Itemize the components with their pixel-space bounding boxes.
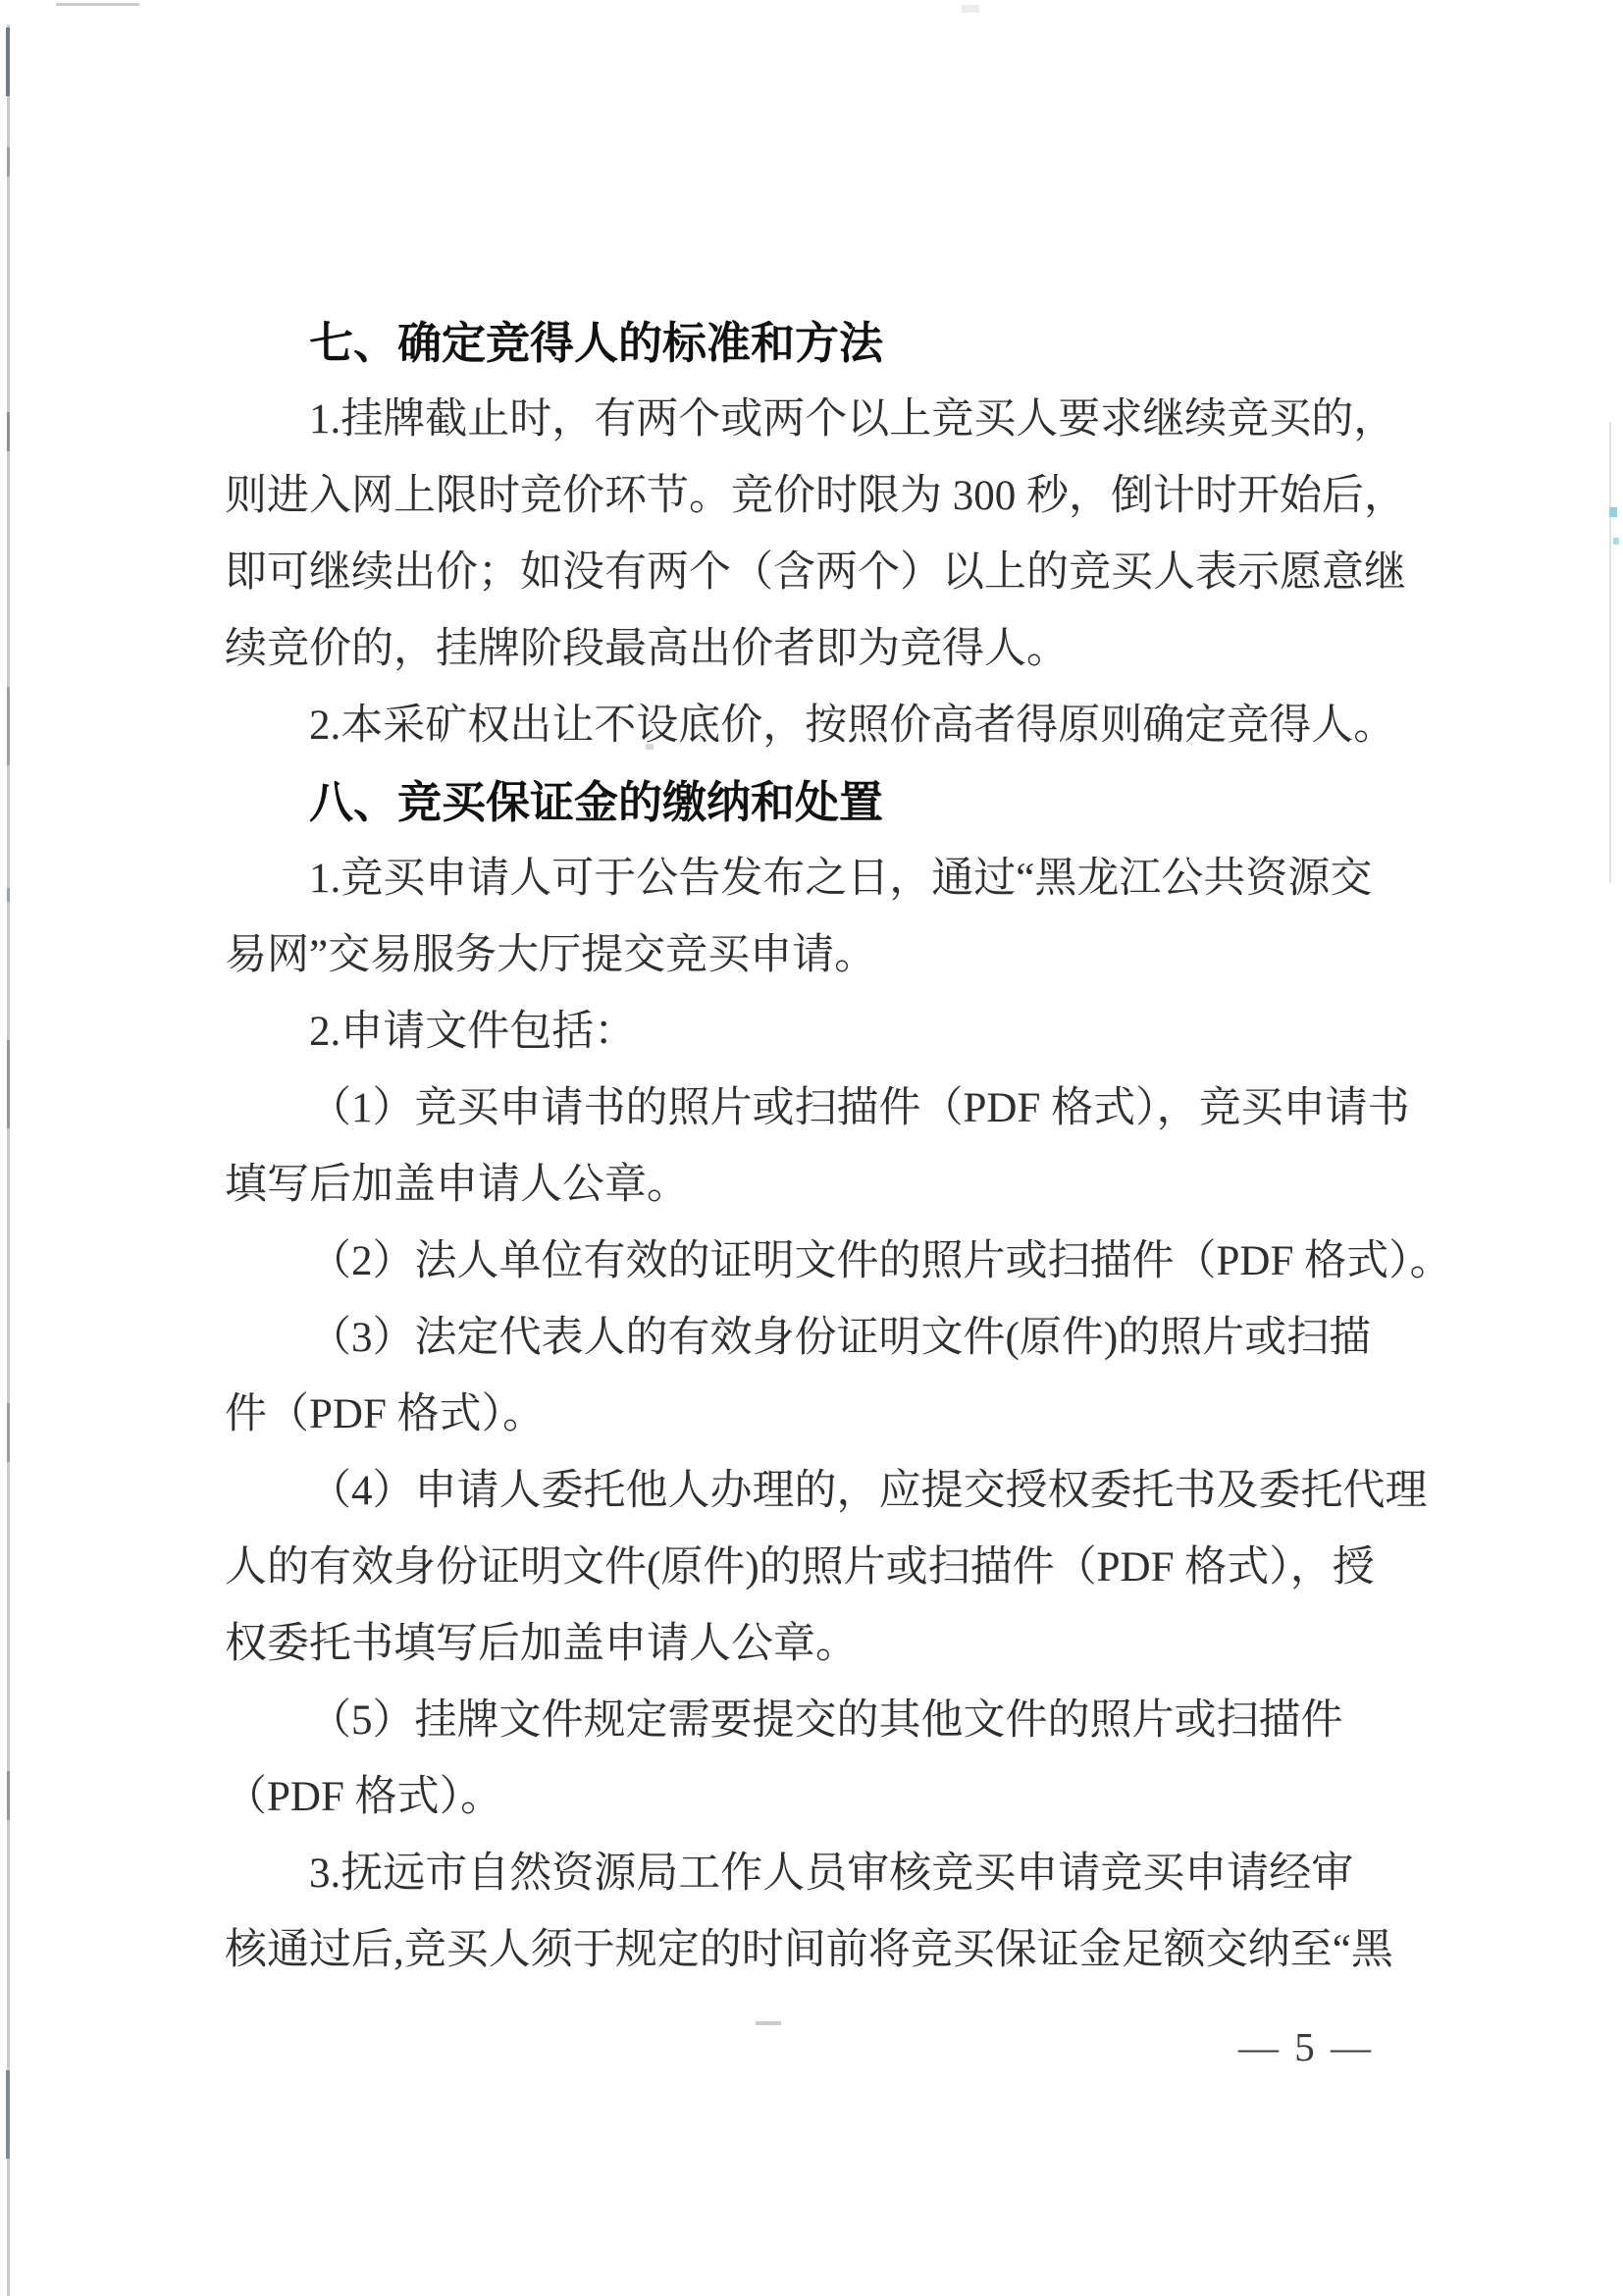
scan-left-edge-line [7, 25, 10, 2296]
scan-left-edge-mark [7, 1403, 10, 1462]
body-line: 2.本采矿权出让不设底价，按照价高者得原则确定竞得人。 [309, 702, 1395, 751]
scan-left-edge-mark [7, 888, 10, 902]
body-line: （2）法人单位有效的证明文件的照片或扫描件（PDF 格式）。 [309, 1237, 1452, 1286]
scan-left-edge-mark [7, 687, 10, 765]
body-line: 权委托书填写后加盖申请人公章。 [225, 1620, 858, 1669]
body-line: 1.挂牌截止时，有两个或两个以上竞买人要求继续竞买的， [309, 395, 1395, 444]
body-line: （4）申请人委托他人办理的，应提交授权委托书及委托代理 [309, 1467, 1428, 1516]
body-line: （5）挂牌文件规定需要提交的其他文件的照片或扫描件 [309, 1696, 1343, 1746]
body-line: 件（PDF 格式）。 [225, 1390, 545, 1439]
scan-speck [756, 2021, 781, 2025]
scan-left-edge-mark [6, 27, 10, 96]
body-line: （1）竞买申请书的照片或扫描件（PDF 格式），竞买申请书 [309, 1084, 1410, 1133]
body-line: 则进入网上限时竞价环节。竞价时限为 300 秒，倒计时开始后， [225, 472, 1406, 521]
scan-left-edge-mark [6, 2070, 10, 2159]
scan-right-edge-tick [1609, 507, 1617, 517]
scan-left-edge-mark [7, 147, 10, 177]
body-line: （3）法定代表人的有效身份证明文件(原件)的照片或扫描 [309, 1314, 1371, 1363]
document-page: 七、确定竞得人的标准和方法1.挂牌截止时，有两个或两个以上竞买人要求继续竞买的，… [0, 0, 1623, 2296]
body-line: 核通过后,竞买人须于规定的时间前将竞买保证金足额交纳至“黑 [225, 1926, 1393, 1975]
body-line: 1.竞买申请人可于公告发布之日，通过“黑龙江公共资源交 [309, 855, 1372, 904]
scan-speck [962, 5, 979, 13]
heading-line: 八、竞买保证金的缴纳和处置 [309, 778, 883, 827]
heading-line: 七、确定竞得人的标准和方法 [309, 319, 883, 368]
scan-left-edge-mark [7, 1771, 10, 1820]
body-line: 易网”交易服务大厅提交竞买申请。 [225, 931, 876, 980]
scan-left-edge-mark [7, 412, 10, 451]
scan-right-edge-tick [1613, 538, 1619, 545]
body-line: 填写后加盖申请人公章。 [225, 1161, 689, 1210]
scan-right-edge-line [1609, 422, 1611, 883]
body-line: 续竞价的，挂牌阶段最高出价者即为竞得人。 [225, 625, 1069, 674]
body-line: 即可继续出价；如没有两个（含两个）以上的竞买人表示愿意继 [225, 548, 1406, 598]
page-number: — 5 — [1238, 2023, 1374, 2070]
body-line: 3.抚远市自然资源局工作人员审核竞买申请竞买申请经审 [309, 1850, 1353, 1899]
scan-top-streak [56, 3, 139, 6]
body-line: 人的有效身份证明文件(原件)的照片或扫描件（PDF 格式），授 [225, 1543, 1375, 1592]
scan-left-edge-mark [7, 1040, 10, 1128]
body-line: （PDF 格式）。 [225, 1773, 502, 1822]
body-line: 2.申请文件包括： [309, 1008, 636, 1057]
